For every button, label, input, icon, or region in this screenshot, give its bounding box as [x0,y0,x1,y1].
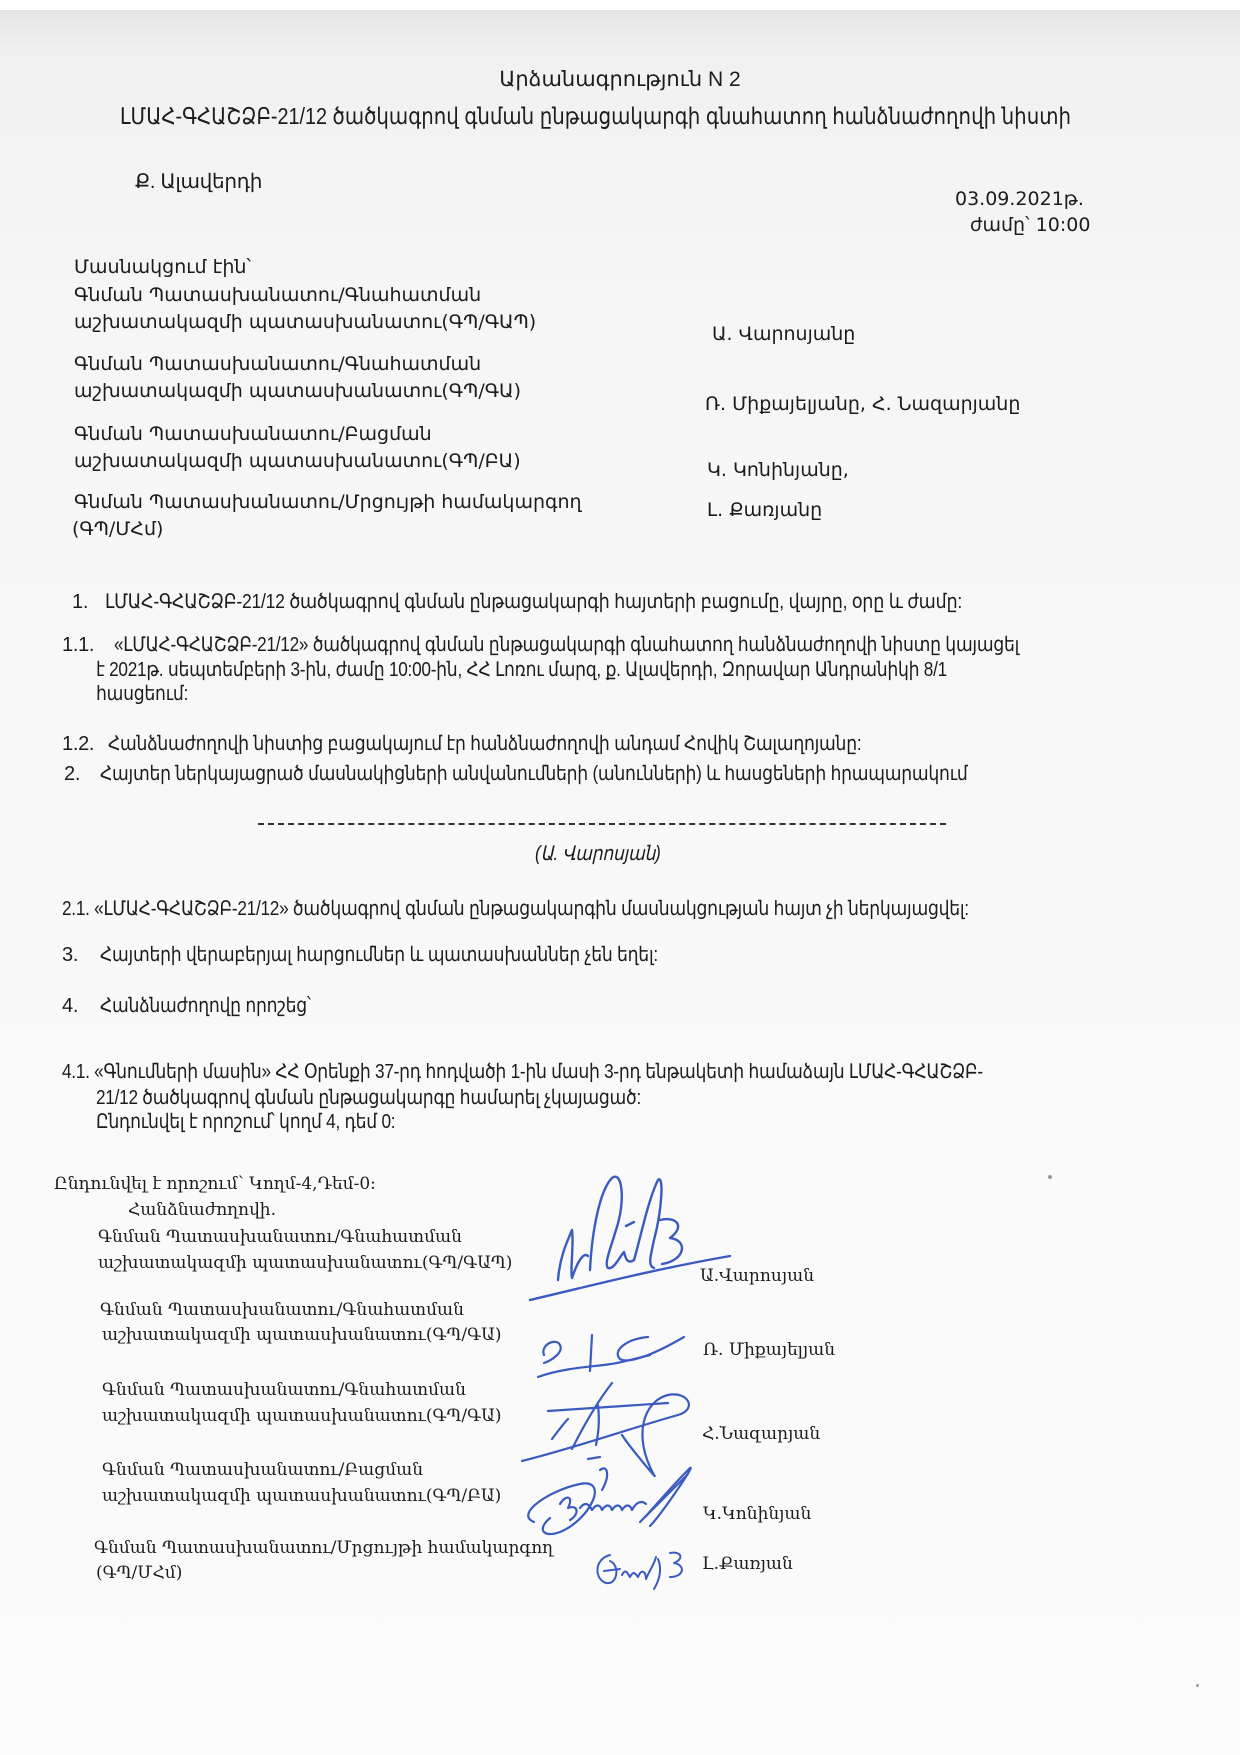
meeting-time: ժամը՝ 10:00 [970,213,1090,237]
item-number: 1.1. [62,633,94,657]
item-number: 2. [64,762,80,786]
item-number: 3. [62,943,78,967]
item-text: «ԼՄԱՀ-ԳՀԱՇՁԲ-21/12» ծածկագրով գնման ընթա… [114,633,1019,657]
item-text: Հանձնաժողովը որոշեց՝ [100,994,311,1018]
participants-heading: Մասնակցում էին՝ [74,255,251,279]
participant-name: Լ. Քառյանը [707,498,822,522]
participant-role: Գնման Պատասխանատու/Բացման [74,422,432,446]
signer-role: աշխատակազմի պատասխանատու(ԳՊ/ԳԱ) [102,1404,502,1428]
scan-speck [1048,1175,1052,1179]
scan-speck [1196,1684,1199,1687]
item-number: 1.2. [62,732,94,756]
item-number: 4. [62,994,78,1018]
document-title: Արձանագրություն N 2 [0,68,1240,92]
signer-role: աշխատակազմի պատասխանատու(ԳՊ/ԲԱ) [102,1484,501,1508]
signer-role: աշխատակազմի պատասխանատու(ԳՊ/ԳԱ) [102,1323,502,1347]
item-text: է 2021թ. սեպտեմբերի 3-ին, ժամը 10:00-ին,… [96,658,947,682]
participant-role: Գնման Պատասխանատու/Մրցույթի համակարգող [74,490,582,514]
item-text: 21/12 ծածկագրով գնման ընթացակարգը համարե… [96,1086,641,1110]
item-text: Ընդունվել է որոշում՝ կողմ 4, դեմ 0: [96,1110,395,1134]
participant-name: Կ. Կոնինյանը, [707,458,849,482]
item-text: ԼՄԱՀ-ԳՀԱՇՁԲ-21/12 ծածկագրով գնման ընթացա… [105,590,962,614]
document-subtitle: ԼՄԱՀ-ԳՀԱՇՁԲ-21/12 ծածկագրով գնման ընթացա… [120,104,1071,128]
decision-summary: Ընդունվել է որոշում՝ Կողմ-4,Դեմ-0: [54,1172,376,1196]
item-text: Հայտեր ներկայացրած մասնակիցների անվանում… [100,762,968,786]
participant-role: Գնման Պատասխանատու/Գնահատման [74,352,481,376]
signature-line [258,823,946,825]
item-text: հասցեում: [96,682,188,706]
item-number: 1. [72,590,88,614]
participant-role: աշխատակազմի պատասխանատու(ԳՊ/ԲԱ) [74,449,521,473]
participant-name: Ռ. Միքայելյանը, Հ. Նազարյանը [705,392,1020,416]
signature-varosyan-icon [530,1160,730,1304]
signature-qaroyan-icon [590,1545,700,1599]
participant-role: (ԳՊ/ՄՀմ) [72,517,163,541]
participant-name: Ա. Վարոսյանը [712,322,855,346]
signer-name: Կ.Կոնինյան [703,1502,811,1526]
signer-role: Գնման Պատասխանատու/Բացման [102,1458,423,1482]
signature-koninyan-icon [520,1460,710,1554]
signer-role: Գնման Պատասխանատու/Մրցույթի համակարգող [94,1536,553,1560]
item-text: 4.1. «Գնումների մասին» ՀՀ Օրենքի 37-րդ հ… [62,1060,983,1084]
signer-name: Հ.Նազարյան [702,1422,820,1446]
signer-role: (ԳՊ/ՄՀմ) [96,1561,182,1585]
signer-name: Ռ. Միքայելյան [703,1338,835,1362]
city-label: Ք. Ալավերդի [135,170,262,194]
signer-role: Գնման Պատասխանատու/Գնահատման [102,1378,466,1402]
participant-role: Գնման Պատասխանատու/Գնահատման [74,283,481,307]
committee-label: Հանձնաժողովի. [128,1198,276,1222]
item-text: 2.1. «ԼՄԱՀ-ԳՀԱՇՁԲ-21/12» ծածկագրով գնման… [62,897,969,921]
signer-role: աշխատակազմի պատասխանատու(ԳՊ/ԳԱՊ) [98,1251,512,1275]
signer-role: Գնման Պատասխանատու/Գնահատման [98,1225,462,1249]
participant-role: աշխատակազմի պատասխանատու(ԳՊ/ԳԱՊ) [74,310,536,334]
signer-name: Լ.Քառյան [702,1552,793,1576]
meeting-date: 03.09.2021թ. [955,187,1084,211]
item-text: Հանձնաժողովի նիստից բացակայում էր հանձնա… [108,732,861,756]
participant-role: աշխատակազմի պատասխանատու(ԳՊ/ԳԱ) [74,379,521,403]
signer-role: Գնման Պատասխանատու/Գնահատման [100,1298,464,1322]
signer-label: (Ա. Վարոսյան) [535,842,661,866]
item-text: Հայտերի վերաբերյալ հարցումներ և պատասխան… [100,943,658,967]
